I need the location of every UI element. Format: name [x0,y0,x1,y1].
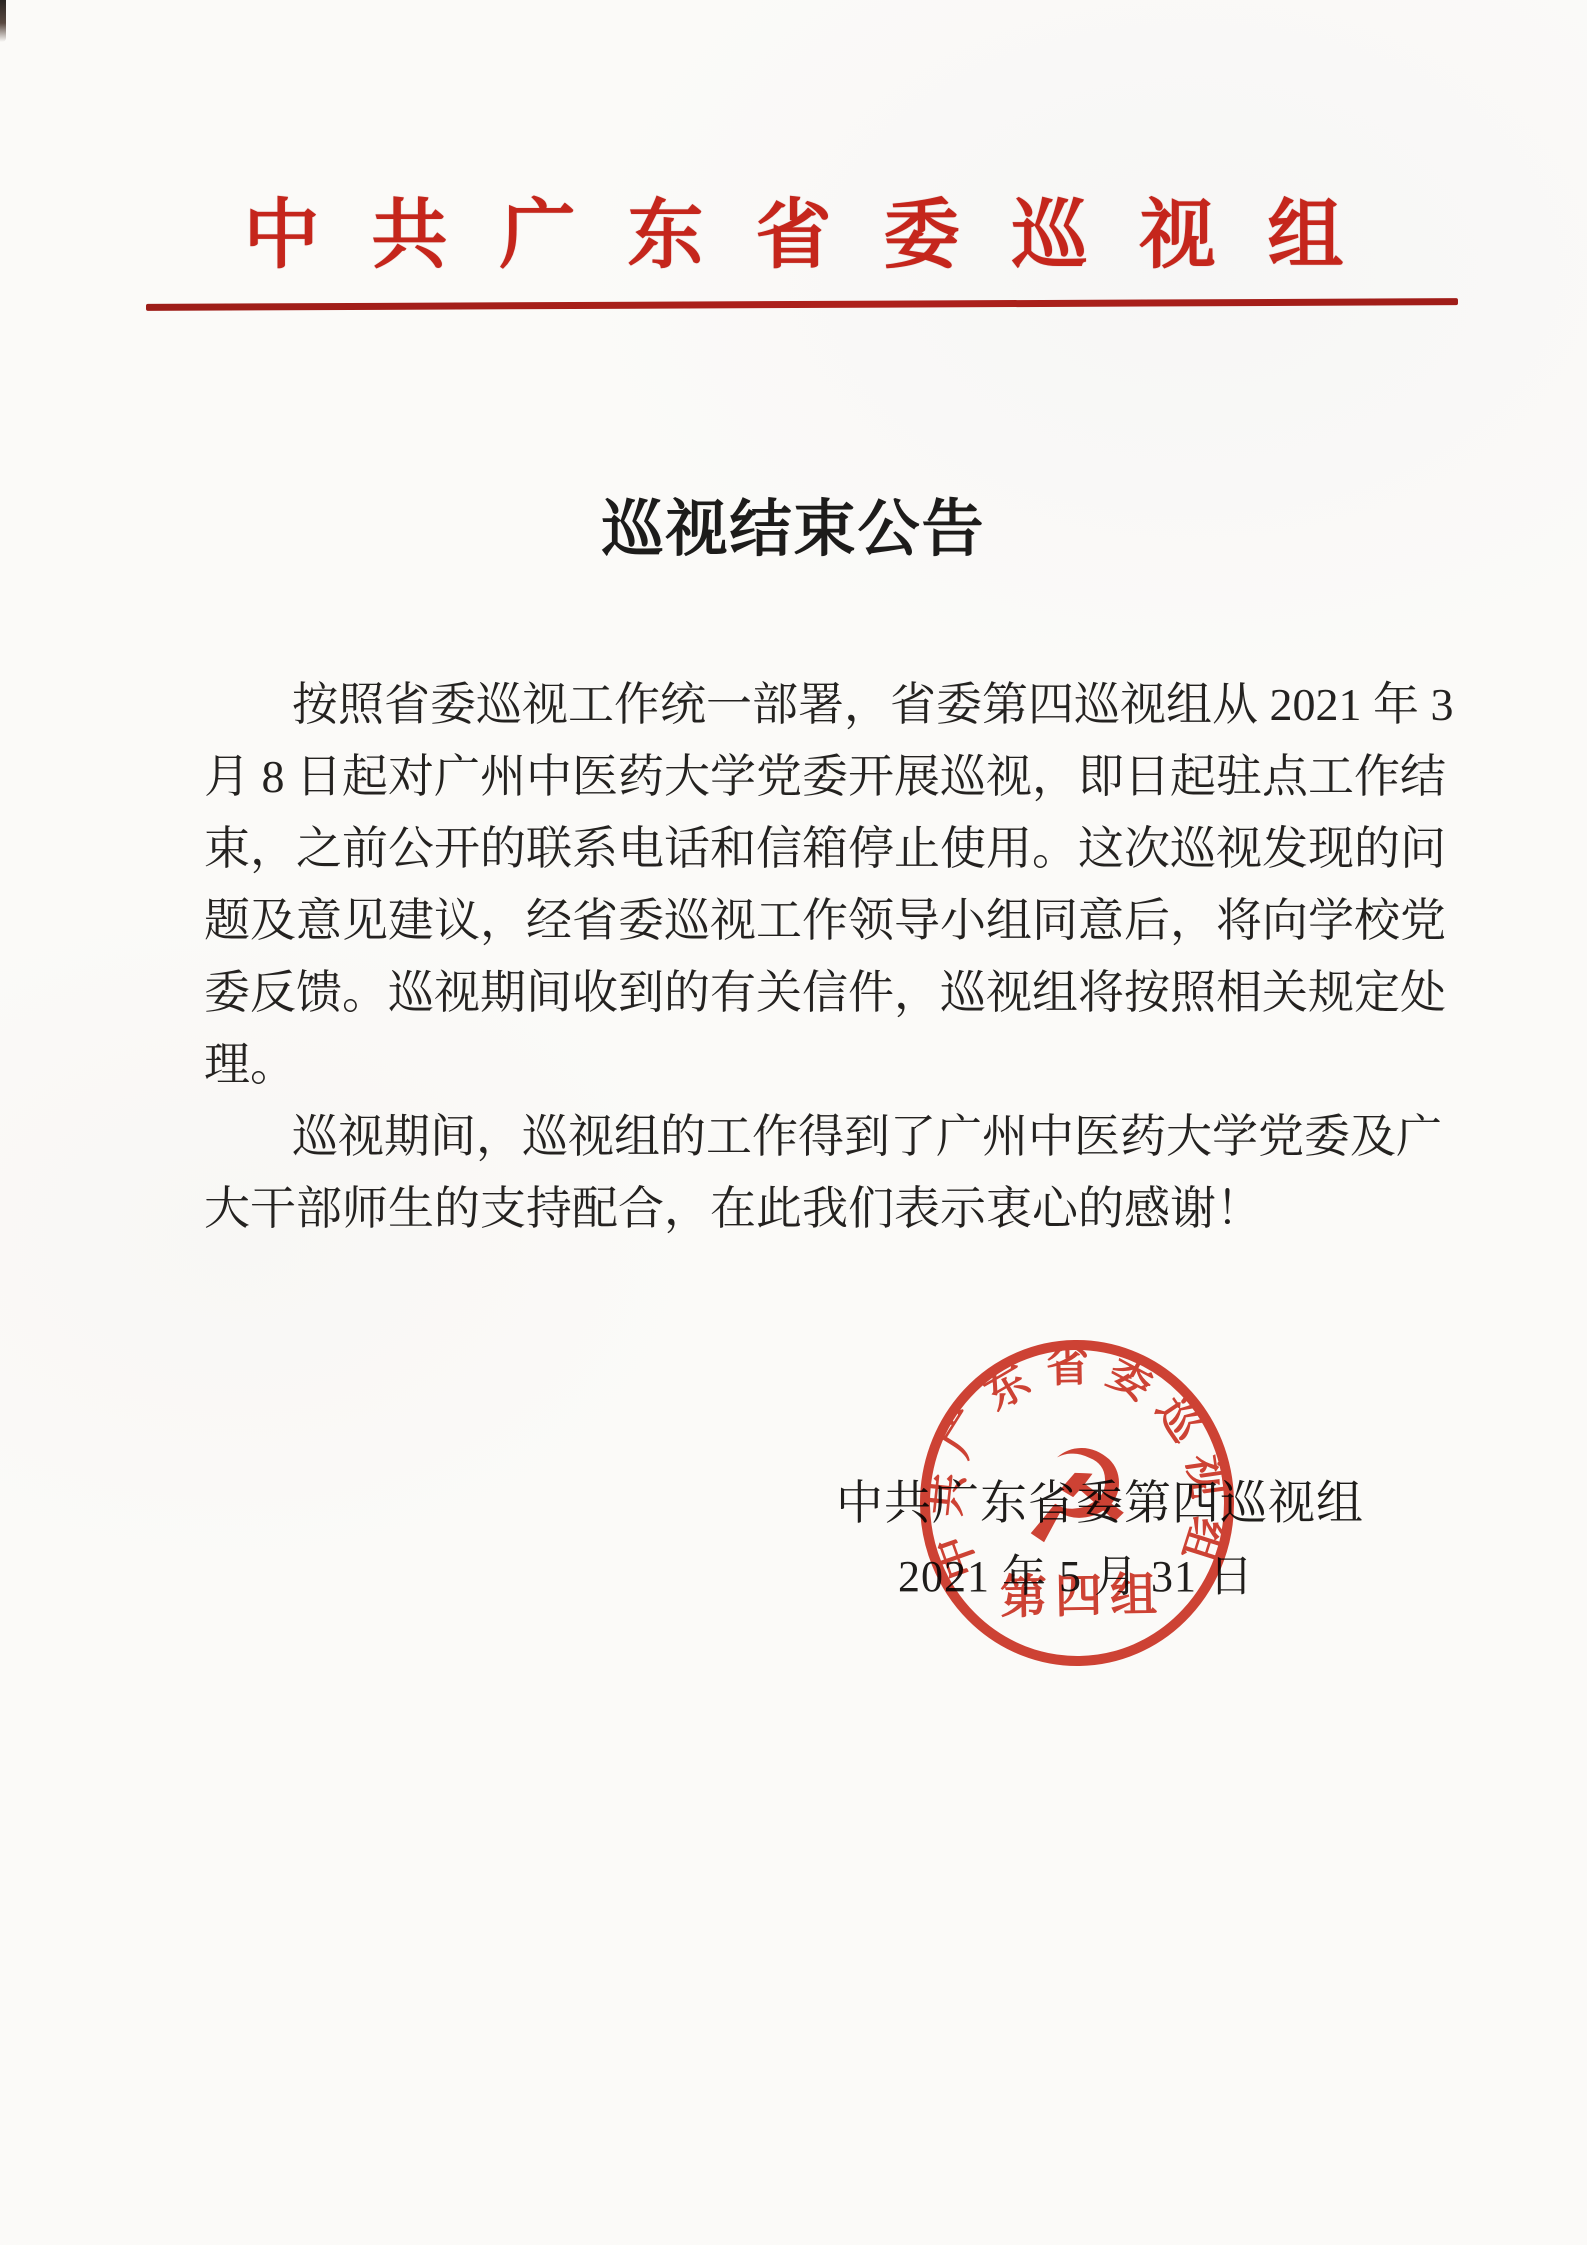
announcement-body: 按照省委巡视工作统一部署，省委第四巡视组从 2021 年 3 月 8 日起对广州… [204,669,1368,1245]
body-line: 题及意见建议，经省委巡视工作领导小组同意后，将向学校党 [204,885,1368,957]
body-line: 按照省委巡视工作统一部署，省委第四巡视组从 2021 年 3 [204,669,1368,741]
letterhead-divider [146,298,1458,311]
body-line: 委反馈。巡视期间收到的有关信件，巡视组将按照相关规定处 [204,957,1368,1029]
body-line: 束，之前公开的联系电话和信箱停止使用。这次巡视发现的问 [204,813,1368,885]
scan-artifact-corner [0,0,6,42]
letterhead-org-name: 中共广东省委巡视组 [0,186,1587,286]
body-line: 月 8 日起对广州中医药大学党委开展巡视，即日起驻点工作结 [204,741,1368,813]
document-page: 中共广东省委巡视组 巡视结束公告 按照省委巡视工作统一部署，省委第四巡视组从 2… [0,0,1587,2245]
document-title: 巡视结束公告 [0,494,1587,566]
body-line: 理。 [204,1029,1368,1101]
body-line: 巡视期间，巡视组的工作得到了广州中医药大学党委及广 [204,1101,1368,1173]
signature-date: 2021 年 5 月 31 日 [898,1552,1254,1602]
signature-org: 中共广东省委第四巡视组 [836,1477,1364,1531]
body-line: 大干部师生的支持配合，在此我们表示衷心的感谢！ [204,1173,1368,1245]
